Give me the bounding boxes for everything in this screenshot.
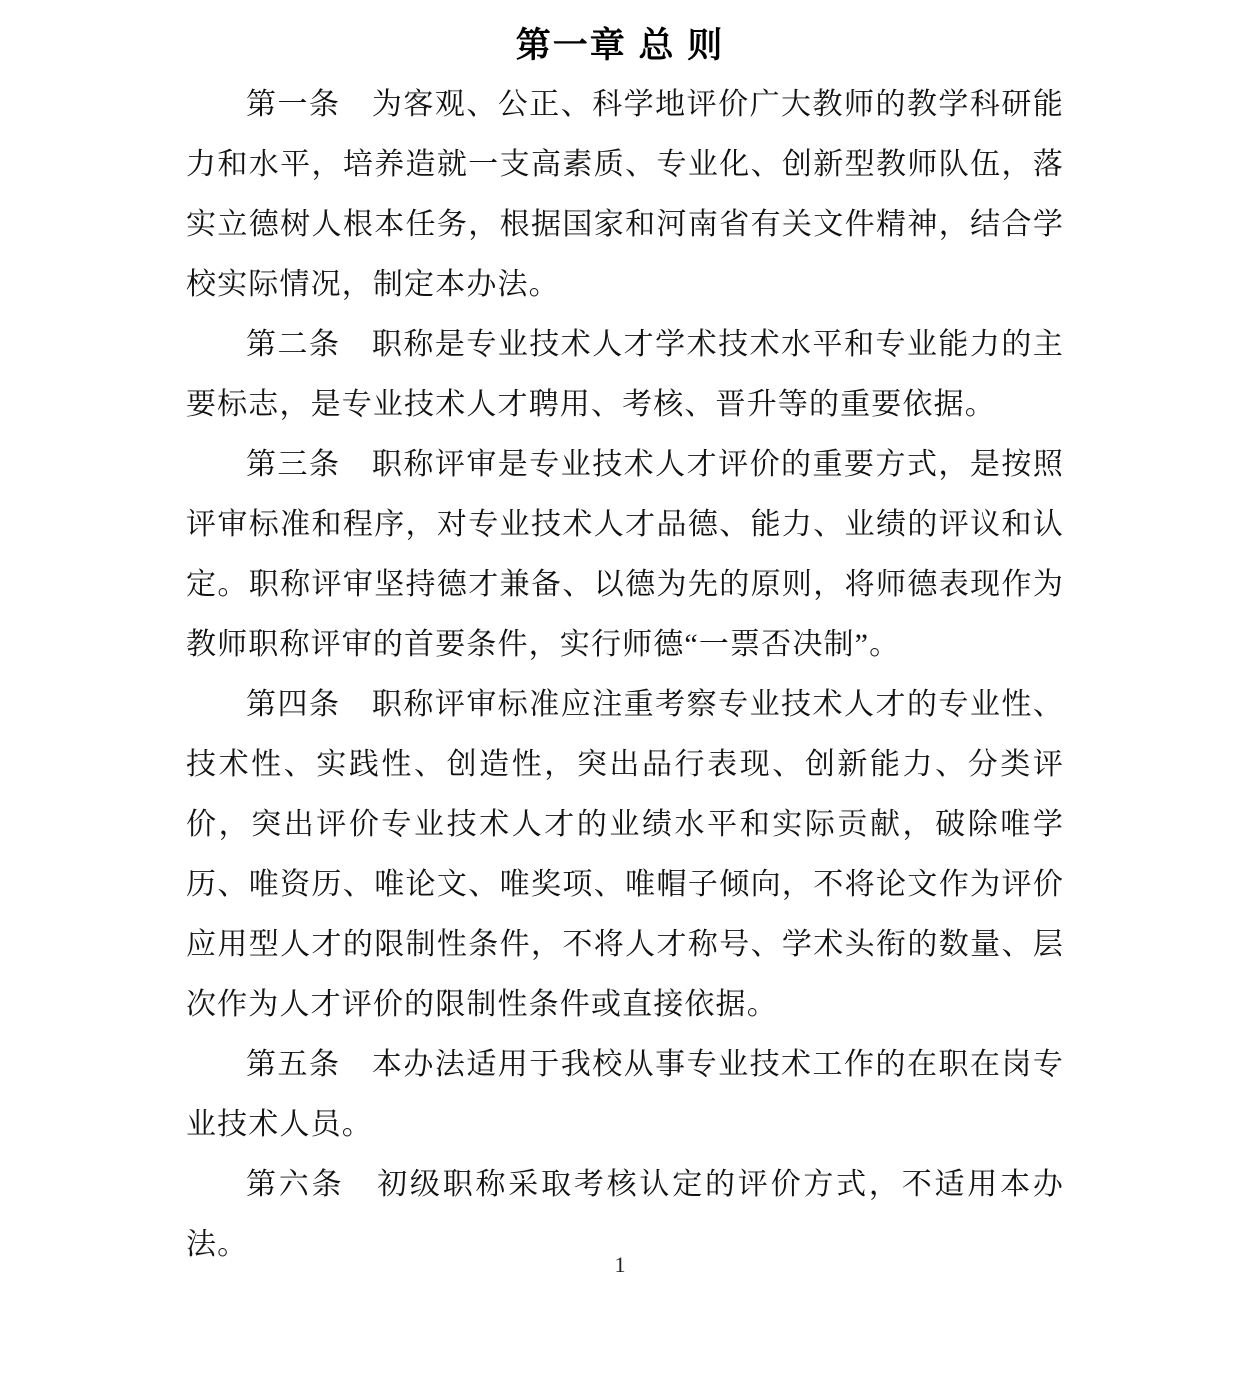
- body-text: 第一条 为客观、公正、科学地评价广大教师的教学科研能力和水平，培养造就一支高素质…: [186, 75, 1064, 1275]
- paragraph-article-5: 第五条 本办法适用于我校从事专业技术工作的在职在岗专业技术人员。: [186, 1035, 1064, 1155]
- paragraph-article-3: 第三条 职称评审是专业技术人才评价的重要方式，是按照评审标准和程序，对专业技术人…: [186, 435, 1064, 675]
- document-page: 第一章 总 则 第一条 为客观、公正、科学地评价广大教师的教学科研能力和水平，培…: [0, 0, 1240, 1385]
- paragraph-article-2: 第二条 职称是专业技术人才学术技术水平和专业能力的主要标志，是专业技术人才聘用、…: [186, 315, 1064, 435]
- paragraph-article-1: 第一条 为客观、公正、科学地评价广大教师的教学科研能力和水平，培养造就一支高素质…: [186, 75, 1064, 315]
- chapter-title: 第一章 总 则: [0, 18, 1240, 68]
- page-number: 1: [0, 1252, 1240, 1278]
- paragraph-article-4: 第四条 职称评审标准应注重考察专业技术人才的专业性、技术性、实践性、创造性，突出…: [186, 675, 1064, 1035]
